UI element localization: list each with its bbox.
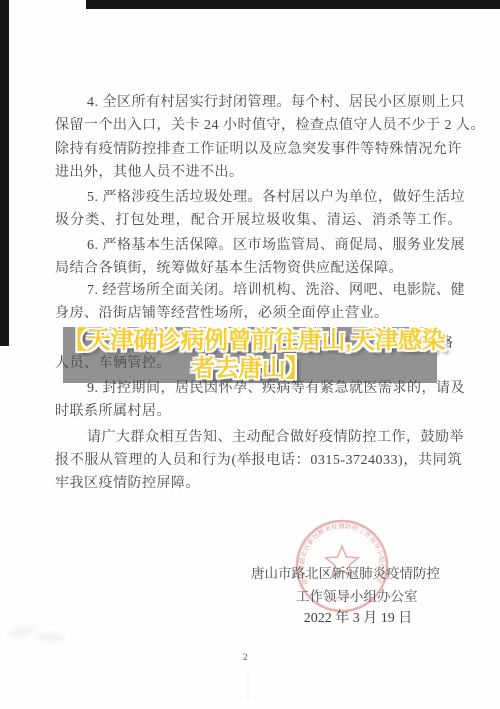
doc-line: 局结合各镇街，统筹做好基本生活物资供应配送保障。 xyxy=(55,260,462,278)
doc-line: 人员、车辆管控。 xyxy=(55,355,462,373)
doc-line: 报不服从管理的人员和行为(举报电话：0315-3724033)，共同筑 xyxy=(55,452,462,470)
page-number: 2 xyxy=(243,652,248,662)
issuer-name-line-1: 唐山市路北区新冠肺炎疫情防控 xyxy=(251,562,439,582)
doc-line: 牢我区疫情防控屏障。 xyxy=(55,475,462,493)
scanned-notice-page: 4. 全区所有村居实行封闭管理。每个村、居民小区原则上只 保留一个出入口，关卡 … xyxy=(0,0,500,709)
issuer-name-line-2: 工作领导小组办公室 xyxy=(296,585,416,605)
scan-smudge xyxy=(247,673,249,699)
caption-line-1: 【天津确诊病例曾前往唐山,天津感染 xyxy=(63,327,437,355)
doc-line: 6. 严格基本生活保障。区市场监管局、商促局、服务业发展 xyxy=(87,237,462,255)
scan-smudge xyxy=(36,632,65,644)
doc-line: 除持有疫情防控排查工作证明以及应急突发事件等特殊情况允许 xyxy=(55,141,462,159)
issue-date: 2022 年 3 月 19 日 xyxy=(283,607,433,627)
doc-line: 请广大群众相互告知、主动配合做好疫情防控工作，鼓励举 xyxy=(87,429,462,447)
doc-line: 时联系所属村居。 xyxy=(55,403,462,421)
scan-edge-left xyxy=(0,0,9,346)
doc-line: 5. 严格涉疫生活垃圾处理。各村居以户为单位，做好生活垃 xyxy=(87,189,462,207)
doc-line: 7. 经营场所全面关闭。培训机构、洗浴、网吧、电影院、健 xyxy=(87,282,462,300)
doc-line: 4. 全区所有村居实行封闭管理。每个村、居民小区原则上只 xyxy=(87,94,462,112)
scan-smudge xyxy=(8,626,35,638)
doc-line: 圾分类、打包处理，配合开展垃圾收集、清运、消杀等工作。 xyxy=(55,212,462,230)
doc-line: 身房、沿街店铺等经营性场所，必须全面停止营业。 xyxy=(55,305,462,323)
scan-edge-top xyxy=(86,0,500,9)
doc-line: 保留一个出入口，关卡 24 小时值守，检查点值守人员不少于 2 人。 xyxy=(55,117,462,135)
doc-line: 9. 封控期间，居民因怀孕、疾病等有紧急就医需求的，请及 xyxy=(87,380,462,398)
doc-line: 进出外，其他人员不进不出。 xyxy=(55,164,462,182)
